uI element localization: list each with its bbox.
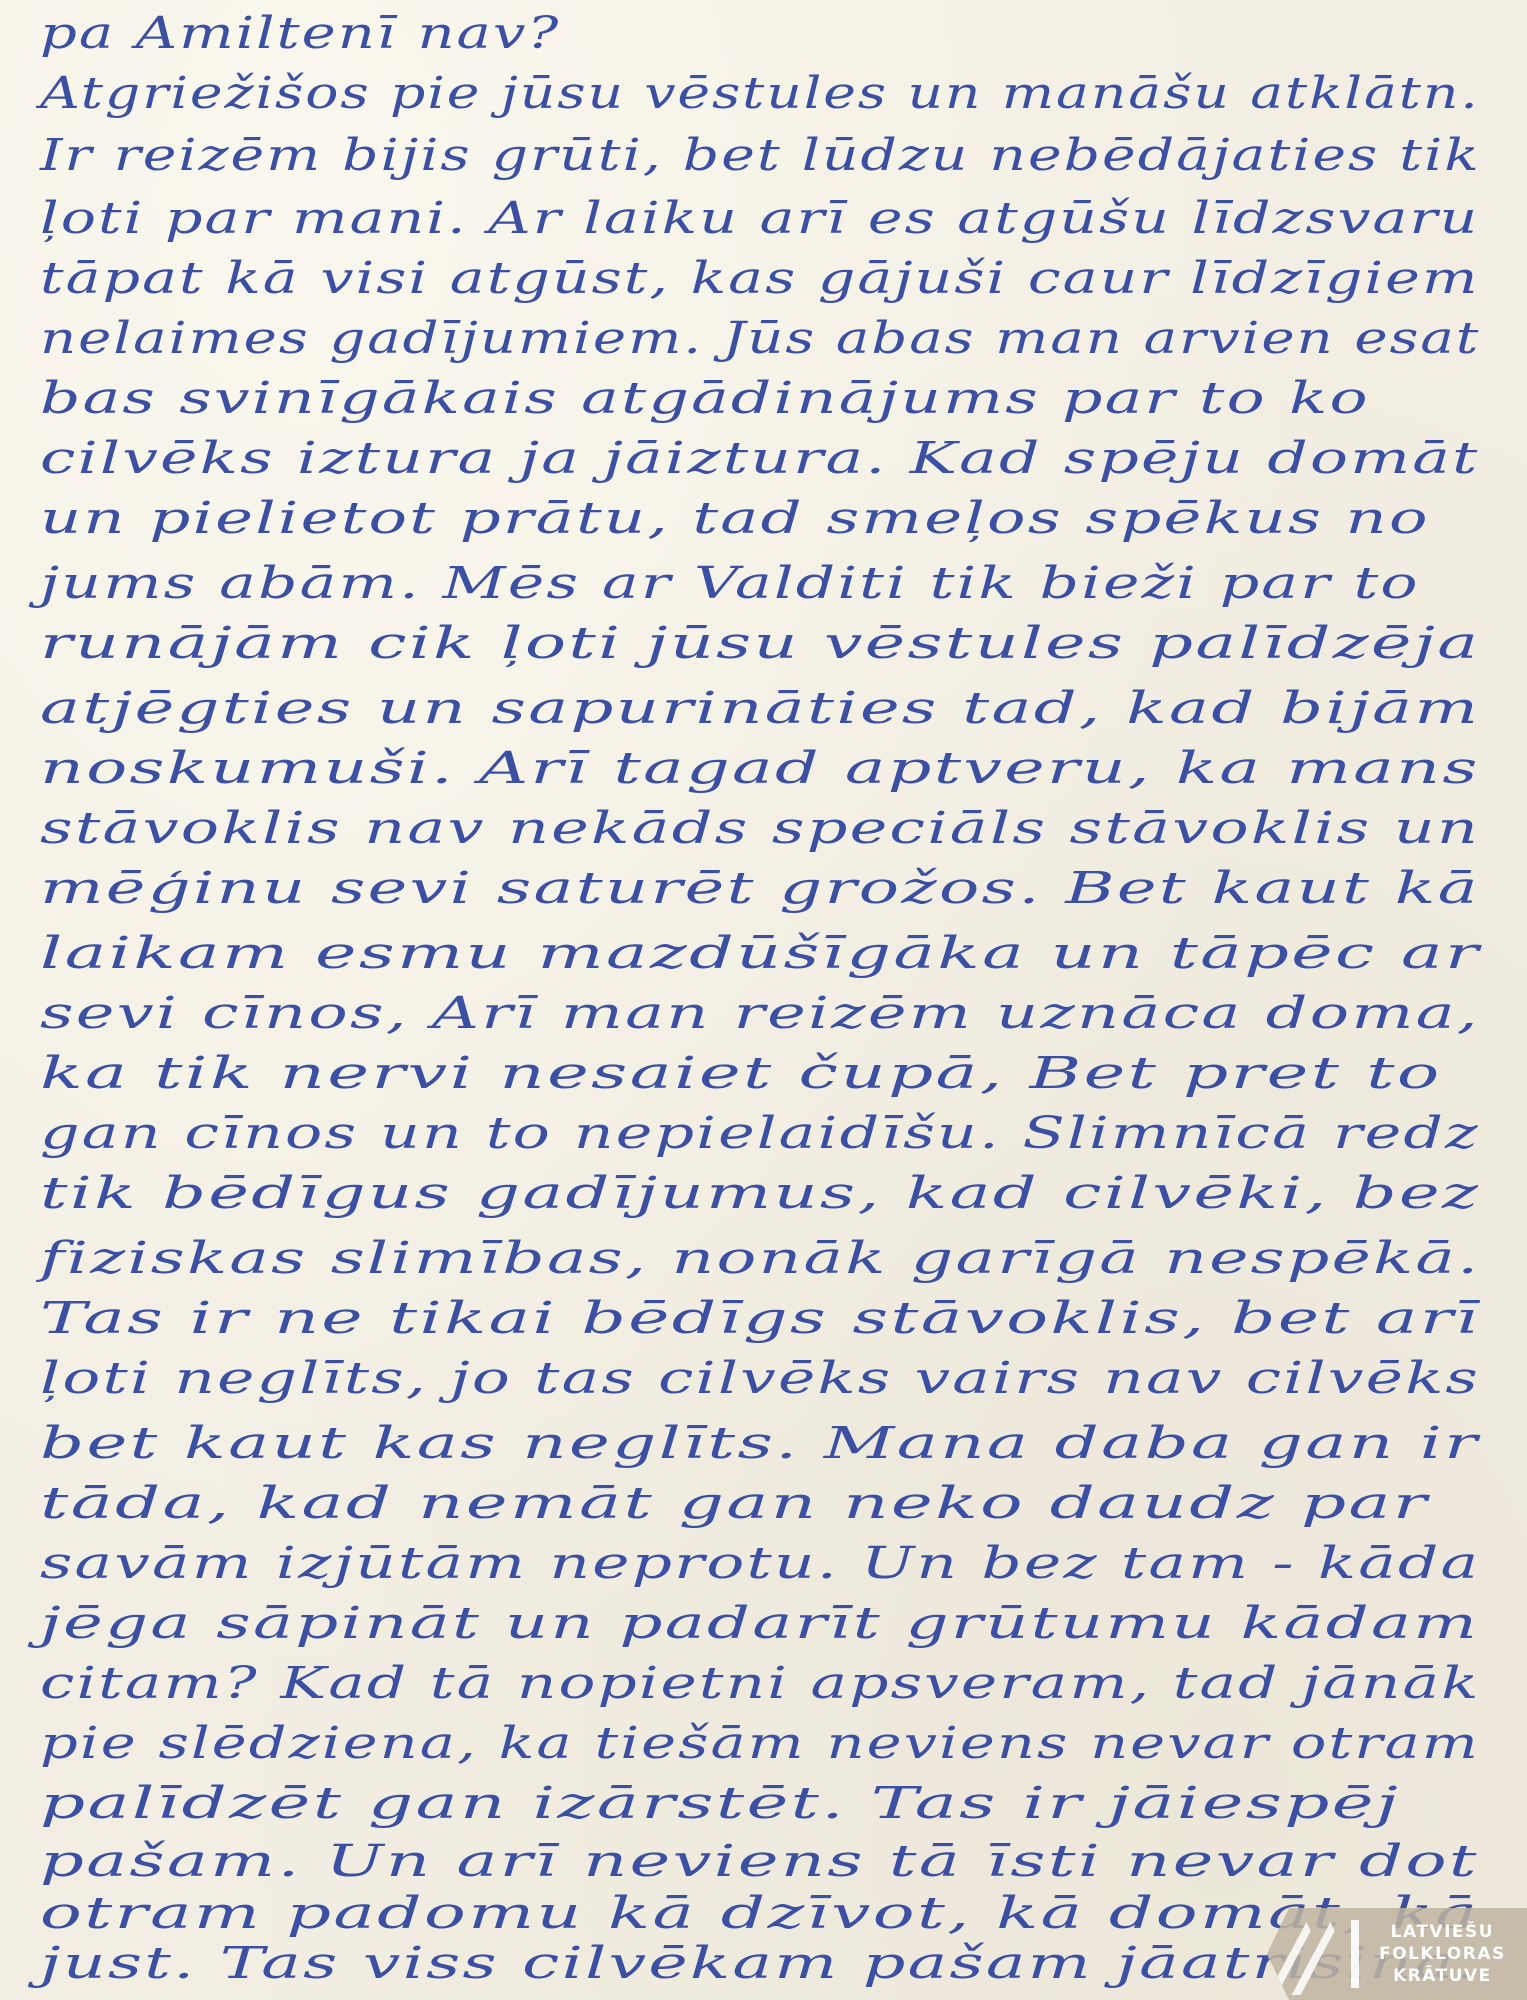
letter-line: stāvoklis nav nekāds speciāls stāvoklis … — [40, 803, 1480, 854]
letter-line: pašam. Un arī neviens tā īsti nevar dot — [40, 1836, 1479, 1887]
letter-page: pa Amiltenī nav?Atgriežišos pie jūsu vēs… — [0, 0, 1527, 2000]
logo-line-3: KRĀTUVE — [1379, 1965, 1506, 1987]
letter-line: otram padomu kā dzīvot, kā domāt, kā — [40, 1888, 1479, 1939]
letter-line: tāda, kad nemāt gan neko daudz par — [40, 1478, 1429, 1529]
letter-line: jēga sāpināt un padarīt grūtumu kādam — [40, 1598, 1479, 1649]
letter-line: mēģinu sevi saturēt grožos. Bet kaut kā — [40, 863, 1480, 914]
letter-line: ļoti par mani. Ar laiku arī es atgūšu lī… — [40, 193, 1479, 244]
archive-logo-icon — [1267, 1908, 1377, 2000]
letter-line: noskumuši. Arī tagad aptveru, ka mans — [40, 743, 1480, 794]
letter-line: atjēgties un sapurināties tad, kad bijām — [40, 683, 1480, 734]
letter-line: un pielietot prātu, tad smeļos spēkus no — [40, 493, 1430, 544]
letter-line: Tas ir ne tikai bēdīgs stāvoklis, bet ar… — [40, 1293, 1480, 1344]
logo-line-1: LATVIEŠU — [1379, 1921, 1506, 1943]
letter-line: bet kaut kas neglīts. Mana daba gan ir — [40, 1418, 1479, 1469]
letter-body: pa Amiltenī nav?Atgriežišos pie jūsu vēs… — [0, 0, 1527, 2000]
letter-line: Atgriežišos pie jūsu vēstules un manāšu … — [40, 68, 1480, 119]
letter-line: ka tik nervi nesaiet čupā, Bet pret to — [40, 1048, 1442, 1099]
letter-line: citam? Kad tā nopietni apsveram, tad jān… — [40, 1658, 1480, 1709]
letter-line: pa Amiltenī nav? — [40, 8, 560, 59]
archive-logo-text: LATVIEŠU FOLKLORAS KRĀTUVE — [1379, 1921, 1506, 1987]
letter-line: bas svinīgākais atgādinājums par to ko — [40, 373, 1370, 424]
letter-line: tik bēdīgus gadījumus, kad cilvēki, bez — [40, 1168, 1480, 1219]
archive-watermark-logo: LATVIEŠU FOLKLORAS KRĀTUVE — [1267, 1908, 1527, 2000]
letter-line: tāpat kā visi atgūst, kas gājuši caur lī… — [40, 253, 1479, 304]
letter-line: sevi cīnos, Arī man reizēm uznāca doma, — [40, 988, 1480, 1039]
letter-line: fiziskas slimības, nonāk garīgā nespēkā. — [40, 1233, 1480, 1284]
letter-line: gan cīnos un to nepielaidīšu. Slimnīcā r… — [40, 1108, 1480, 1159]
letter-line: nelaimes gadījumiem. Jūs abas man arvien… — [40, 313, 1480, 364]
letter-line: jums abām. Mēs ar Valditi tik bieži par … — [40, 558, 1420, 609]
letter-line: runājām cik ļoti jūsu vēstules palīdzēja — [40, 618, 1480, 669]
letter-line: savām izjūtām neprotu. Un bez tam - kāda — [40, 1538, 1480, 1589]
letter-line: palīdzēt gan izārstēt. Tas ir jāiespēj — [40, 1778, 1400, 1829]
letter-line: pie slēdziena, ka tiešām neviens nevar o… — [40, 1718, 1480, 1769]
logo-line-2: FOLKLORAS — [1379, 1943, 1506, 1965]
letter-line: cilvēks iztura ja jāiztura. Kad spēju do… — [40, 433, 1480, 484]
letter-line: Ir reizēm bijis grūti, bet lūdzu nebēdāj… — [40, 130, 1481, 181]
letter-line: just. Tas viss cilvēkam pašam jāatrisina… — [40, 1938, 1479, 1989]
letter-line: laikam esmu mazdūšīgāka un tāpēc ar — [40, 928, 1481, 979]
letter-line: ļoti neglīts, jo tas cilvēks vairs nav c… — [40, 1353, 1480, 1404]
